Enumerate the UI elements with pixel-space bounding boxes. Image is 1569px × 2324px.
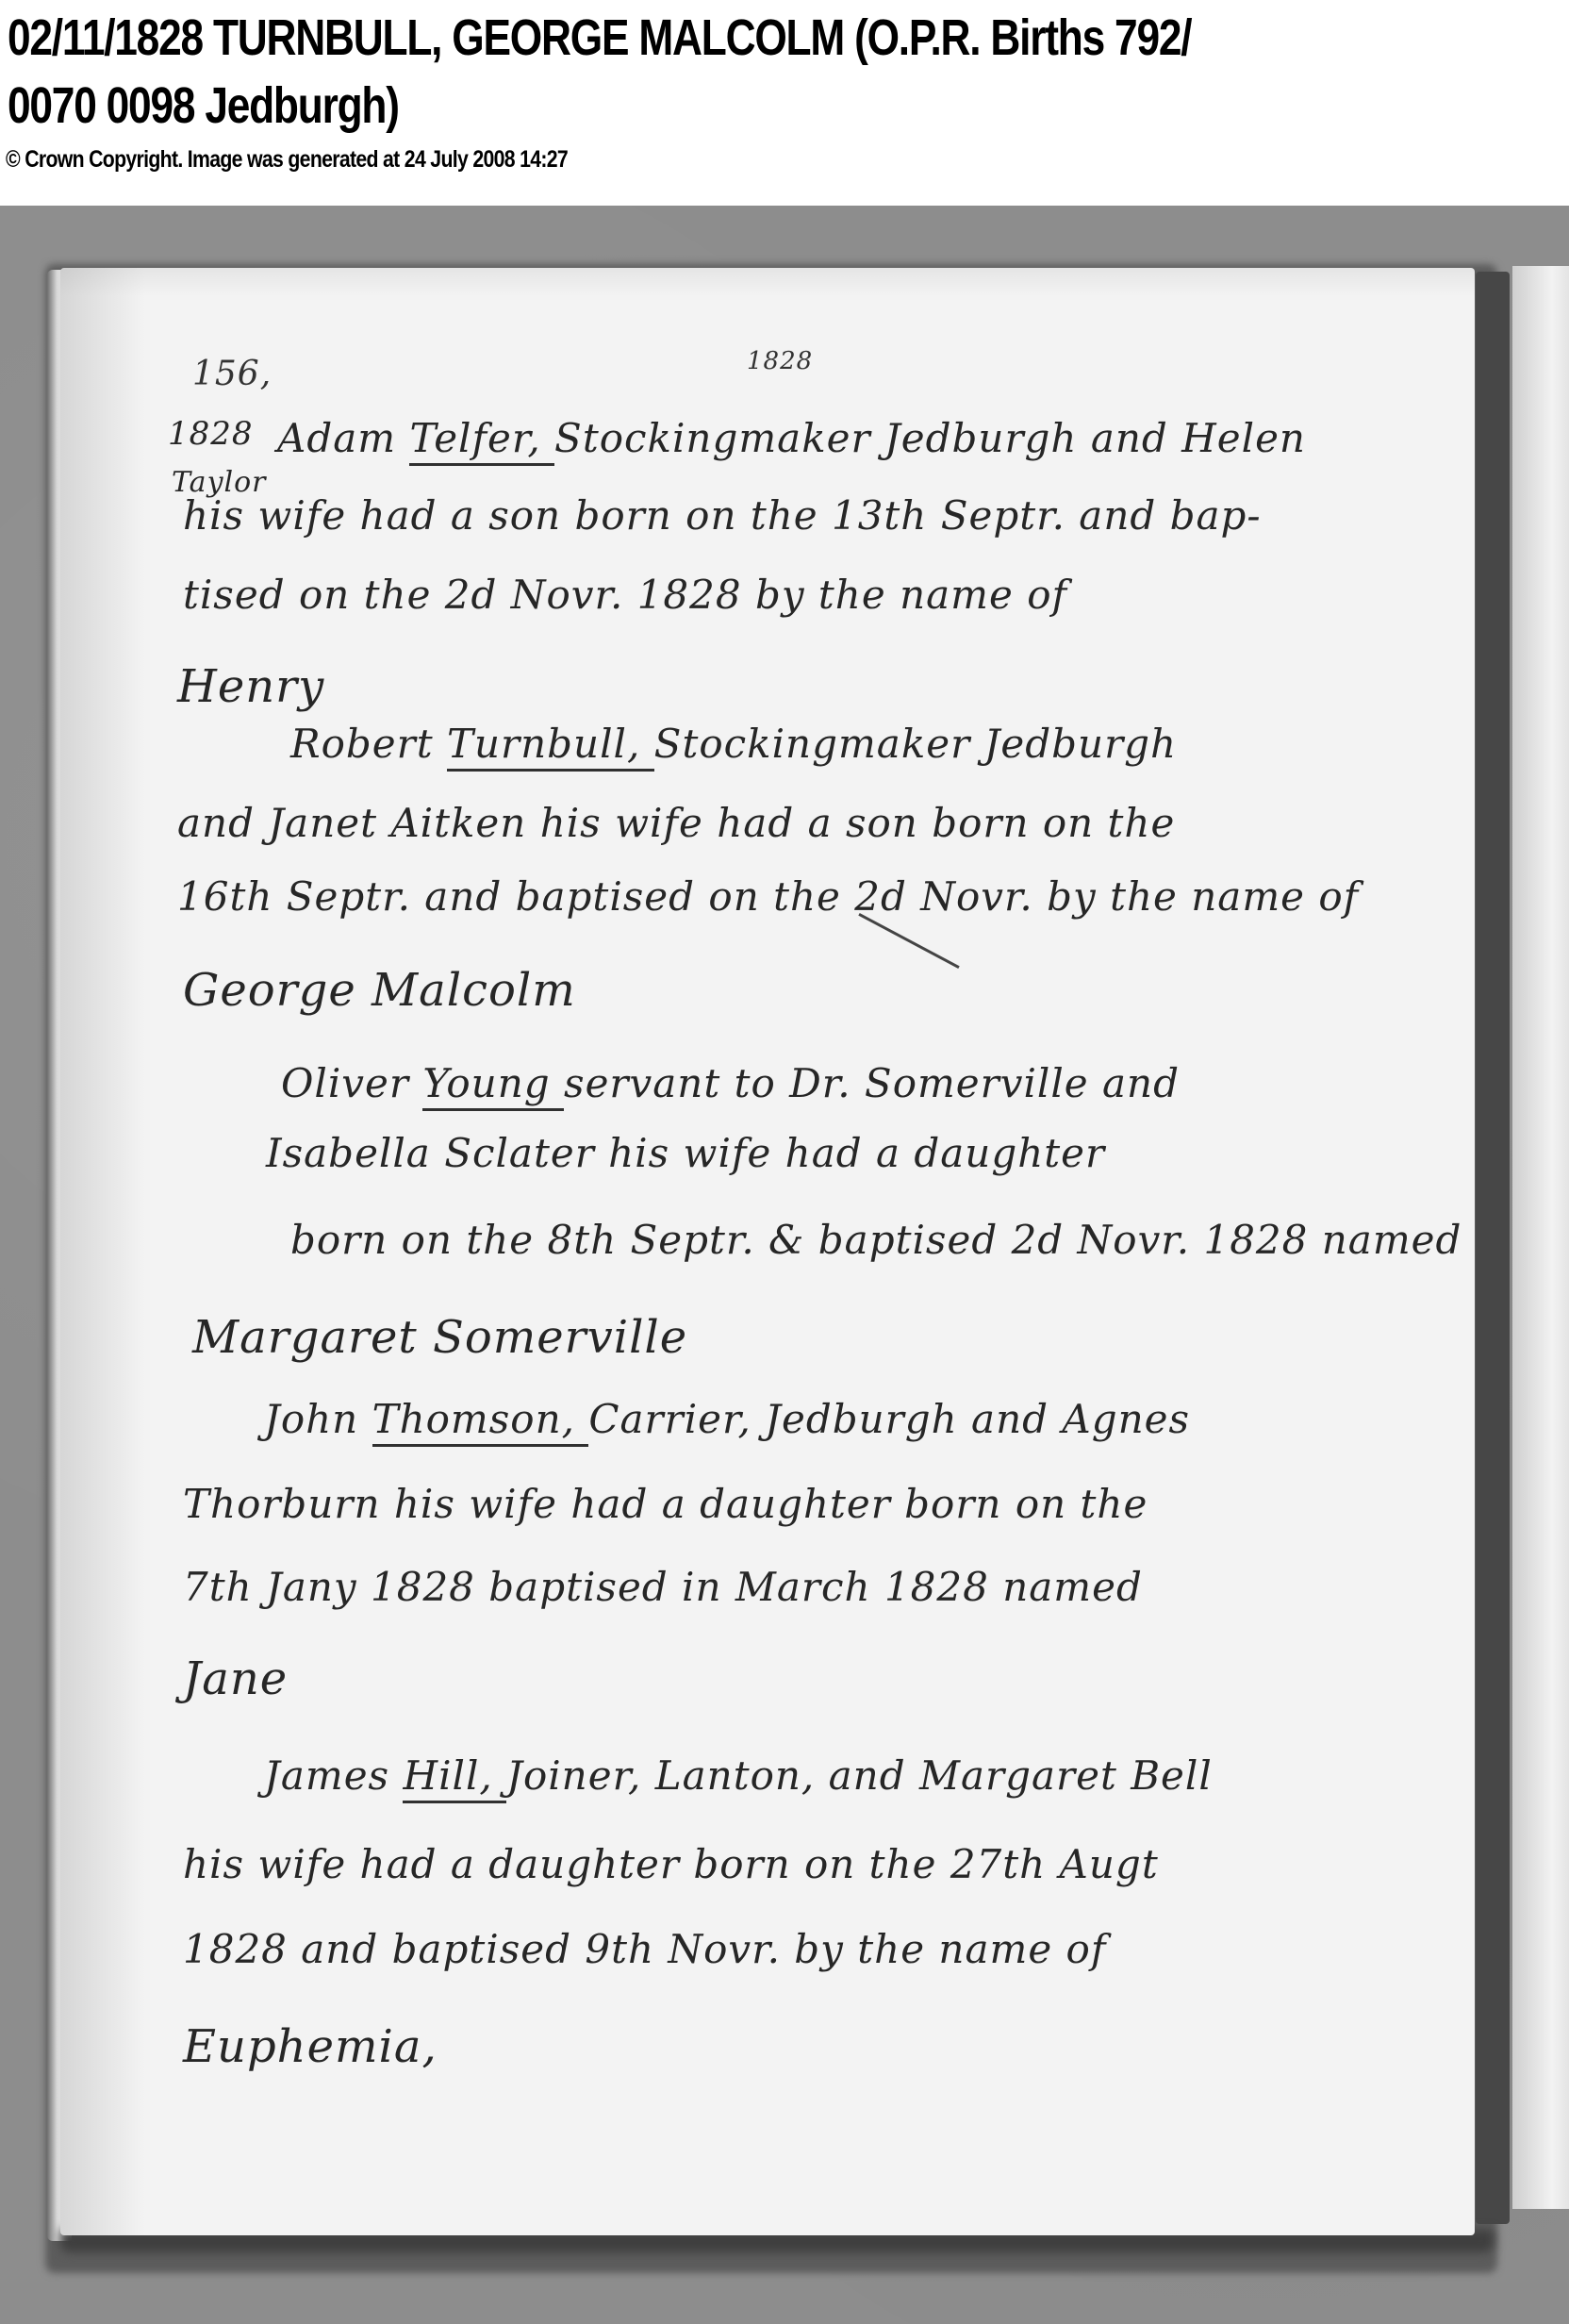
book-gutter [1476, 272, 1510, 2224]
register-line: born on the 8th Septr. & baptised 2d Nov… [290, 1220, 1462, 1260]
register-line: John Thomson, Carrier, Jedburgh and Agne… [264, 1400, 1190, 1439]
register-line: Isabella Sclater his wife had a daughter [266, 1134, 1105, 1173]
register-line: Thorburn his wife had a daughter born on… [183, 1485, 1148, 1524]
register-line: 1828 and baptised 9th Novr. by the name … [183, 1930, 1106, 1969]
underlined-surname: Hill, [403, 1752, 506, 1803]
register-line: tised on the 2d Novr. 1828 by the name o… [183, 575, 1067, 615]
underlined-surname: Turnbull, [447, 721, 654, 772]
record-header: 02/11/1828 TURNBULL, GEORGE MALCOLM (O.P… [0, 0, 1569, 206]
register-line: 7th Jany 1828 baptised in March 1828 nam… [183, 1568, 1143, 1607]
register-line: Adam Telfer, Stockingmaker Jedburgh and … [277, 419, 1306, 458]
underlined-surname: Young [422, 1060, 564, 1111]
child-name: George Malcolm [183, 968, 576, 1013]
facing-page-edge [1512, 266, 1569, 2209]
register-line: his wife had a son born on the 13th Sept… [183, 496, 1262, 536]
margin-year: 1828 [168, 415, 254, 453]
ink-stroke-mark [858, 913, 959, 969]
register-line: his wife had a daughter born on the 27th… [183, 1845, 1159, 1884]
register-line: James Hill, Joiner, Lanton, and Margaret… [264, 1756, 1213, 1796]
register-line: and Janet Aitken his wife had a son born… [177, 804, 1175, 843]
register-line: Robert Turnbull, Stockingmaker Jedburgh [290, 724, 1177, 764]
underlined-surname: Thomson, [372, 1396, 589, 1447]
child-name: Henry [177, 664, 324, 709]
copyright-notice: © Crown Copyright. Image was generated a… [6, 145, 568, 174]
register-page: 156, 1828 1828 Taylor Adam Telfer, Stock… [60, 268, 1475, 2235]
page-number: 156, [192, 355, 272, 393]
record-title: 02/11/1828 TURNBULL, GEORGE MALCOLM (O.P… [8, 4, 1214, 140]
record-title-line-1: 02/11/1828 TURNBULL, GEORGE MALCOLM (O.P… [8, 4, 1214, 72]
underlined-surname: Telfer, [409, 415, 554, 466]
scanned-register-image: 156, 1828 1828 Taylor Adam Telfer, Stock… [0, 206, 1569, 2324]
record-title-line-2: 0070 0098 Jedburgh) [8, 72, 1214, 140]
register-line: Oliver Young servant to Dr. Somerville a… [281, 1064, 1180, 1104]
child-name: Euphemia, [183, 2024, 438, 2069]
child-name: Margaret Somerville [192, 1315, 687, 1360]
child-name: Jane [183, 1656, 288, 1701]
register-line: 16th Septr. and baptised on the 2d Novr.… [177, 877, 1359, 917]
page-year-heading: 1828 [747, 347, 813, 375]
